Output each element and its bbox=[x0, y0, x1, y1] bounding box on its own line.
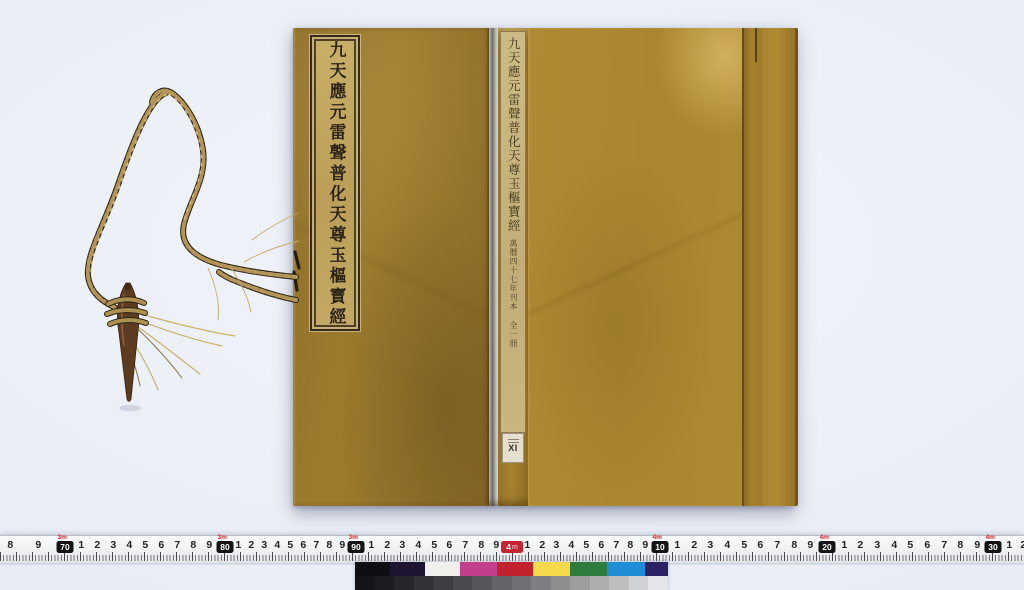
ruler-digit: 5 bbox=[142, 539, 147, 551]
ruler-digit: 8 bbox=[478, 539, 483, 551]
gray-step bbox=[512, 576, 532, 590]
ruler-digit: 8 bbox=[957, 539, 962, 551]
color-patch-violet bbox=[645, 562, 668, 576]
ruler-digit: 3 bbox=[707, 539, 712, 551]
ruler-digit: 4 bbox=[126, 539, 131, 551]
ruler-digit: 6 bbox=[446, 539, 451, 551]
gray-step bbox=[375, 576, 395, 590]
ruler-digit: 2 bbox=[1020, 539, 1024, 551]
color-patch-dark-violet bbox=[390, 562, 425, 576]
colorbar-patches bbox=[355, 562, 668, 576]
photo-scene: 九天應元雷聲普化天尊玉樞寳經 九天應元雷聲普化天尊玉樞寶經 萬曆四十七年刊本 全… bbox=[0, 0, 1024, 590]
ruler-digit: 5 bbox=[431, 539, 436, 551]
gray-step bbox=[531, 576, 551, 590]
ruler-digit: 7 bbox=[613, 539, 618, 551]
ruler-digit: 9 bbox=[974, 539, 979, 551]
ruler-digit: 2 bbox=[691, 539, 696, 551]
ruler-digit: 5 bbox=[583, 539, 588, 551]
ruler-digit: 9 bbox=[339, 539, 344, 551]
ruler-digit: 4 bbox=[415, 539, 420, 551]
spine-label: 九天應元雷聲普化天尊玉樞寶經 萬曆四十七年刊本 全一冊 bbox=[500, 31, 526, 433]
ruler-digit: 6 bbox=[598, 539, 603, 551]
wooden-clasp-pin bbox=[117, 283, 138, 401]
ruler: 8912345678912345678912345678912345678912… bbox=[0, 535, 1024, 563]
gray-step bbox=[472, 576, 492, 590]
fold-crease-strip bbox=[742, 28, 764, 506]
front-cover: 九天應元雷聲普化天尊玉樞寳經 bbox=[293, 28, 489, 506]
ruler-digit: 8 bbox=[190, 539, 195, 551]
spine-shelfmark-text: XI bbox=[508, 443, 518, 453]
ruler-digit: 7 bbox=[941, 539, 946, 551]
ruler-digit: 3 bbox=[399, 539, 404, 551]
ruler-digit: 6 bbox=[300, 539, 305, 551]
color-patch-magenta bbox=[460, 562, 497, 576]
ruler-digit: 2 bbox=[94, 539, 99, 551]
color-calibration-bar bbox=[355, 562, 668, 590]
ruler-digit: 3 bbox=[110, 539, 115, 551]
cover-title-slip: 九天應元雷聲普化天尊玉樞寳經 bbox=[310, 35, 360, 331]
ruler-digit: 7 bbox=[313, 539, 318, 551]
ruler-digit: 1 bbox=[841, 539, 846, 551]
color-patch-blue bbox=[607, 562, 645, 576]
edge-flap-strip bbox=[762, 28, 798, 506]
gray-step bbox=[355, 576, 375, 590]
ruler-digit: 9 bbox=[493, 539, 498, 551]
gray-step bbox=[453, 576, 473, 590]
gray-step bbox=[492, 576, 512, 590]
ruler-digit: 4 bbox=[891, 539, 896, 551]
ruler-digit: 8 bbox=[7, 539, 12, 551]
ruler-digit: 9 bbox=[642, 539, 647, 551]
ruler-digit: 9 bbox=[206, 539, 211, 551]
spine-volume-text: 全一冊 bbox=[509, 321, 517, 348]
gray-step bbox=[414, 576, 434, 590]
ruler-digit: 3 bbox=[874, 539, 879, 551]
ruler-digit: 4 bbox=[274, 539, 279, 551]
gray-step bbox=[629, 576, 649, 590]
ruler-digit: 1 bbox=[1006, 539, 1011, 551]
color-patch-black bbox=[355, 562, 390, 576]
ruler-meter-box: 4m bbox=[501, 541, 523, 553]
ruler-decade-box: 4m10 bbox=[652, 541, 669, 553]
spine-title-text: 九天應元雷聲普化天尊玉樞寶經 bbox=[507, 37, 520, 233]
ruler-digit: 1 bbox=[235, 539, 240, 551]
ruler-digit: 3 bbox=[553, 539, 558, 551]
ruler-digit: 2 bbox=[384, 539, 389, 551]
book-case: 九天應元雷聲普化天尊玉樞寳經 九天應元雷聲普化天尊玉樞寶經 萬曆四十七年刊本 全… bbox=[293, 28, 795, 506]
tassel-fibers bbox=[122, 311, 235, 390]
ruler-digit: 5 bbox=[907, 539, 912, 551]
ruler-digit: 2 bbox=[857, 539, 862, 551]
ruler-decade-box: 3m90 bbox=[348, 541, 365, 553]
ruler-digit: 5 bbox=[287, 539, 292, 551]
gray-step bbox=[609, 576, 629, 590]
ruler-digit: 7 bbox=[174, 539, 179, 551]
ruler-digit: 1 bbox=[674, 539, 679, 551]
ruler-digit: 7 bbox=[774, 539, 779, 551]
ruler-digit: 8 bbox=[627, 539, 632, 551]
color-patch-red bbox=[497, 562, 533, 576]
ruler-digit: 6 bbox=[158, 539, 163, 551]
ruler-digit: 8 bbox=[791, 539, 796, 551]
gray-step bbox=[433, 576, 453, 590]
ruler-digit: 2 bbox=[248, 539, 253, 551]
ruler-decade-box: 3m80 bbox=[217, 541, 234, 553]
ruler-digit: 7 bbox=[462, 539, 467, 551]
ruler-digit: 4 bbox=[724, 539, 729, 551]
ruler-digit: 1 bbox=[524, 539, 529, 551]
ruler-digit: 6 bbox=[924, 539, 929, 551]
clasp-shadow bbox=[119, 405, 141, 411]
gray-step bbox=[394, 576, 414, 590]
gray-step bbox=[551, 576, 571, 590]
ruler-decade-box: 4m20 bbox=[819, 541, 836, 553]
ruler-digit: 8 bbox=[326, 539, 331, 551]
colorbar-grayscale bbox=[355, 576, 668, 590]
crease-crack bbox=[755, 28, 757, 62]
ruler-digit: 4 bbox=[568, 539, 573, 551]
gray-step bbox=[570, 576, 590, 590]
cord-knot bbox=[107, 299, 146, 324]
gray-step bbox=[590, 576, 610, 590]
ruler-decade-box: 3m70 bbox=[57, 541, 74, 553]
ruler-digit: 1 bbox=[78, 539, 83, 551]
ruler-decade-box: 4m30 bbox=[985, 541, 1002, 553]
ruler-digit: 6 bbox=[757, 539, 762, 551]
cover-title-text: 九天應元雷聲普化天尊玉樞寳經 bbox=[327, 41, 344, 328]
spine-edition-text: 萬曆四十七年刊本 bbox=[509, 239, 517, 311]
color-patch-green bbox=[570, 562, 607, 576]
ruler-digit: 2 bbox=[539, 539, 544, 551]
braided-cord bbox=[88, 91, 299, 390]
ruler-digit: 1 bbox=[368, 539, 373, 551]
ruler-digit: 3 bbox=[261, 539, 266, 551]
ruler-digit: 9 bbox=[35, 539, 40, 551]
ruler-digit: 5 bbox=[741, 539, 746, 551]
color-patch-yellow bbox=[533, 562, 570, 576]
color-patch-white bbox=[425, 562, 460, 576]
back-panel bbox=[528, 28, 742, 506]
spine-strip: 九天應元雷聲普化天尊玉樞寶經 萬曆四十七年刊本 全一冊 XI bbox=[498, 28, 528, 506]
spine-shelfmark-sticker: XI bbox=[502, 433, 524, 463]
ruler-digit: 9 bbox=[807, 539, 812, 551]
gray-step bbox=[648, 576, 668, 590]
